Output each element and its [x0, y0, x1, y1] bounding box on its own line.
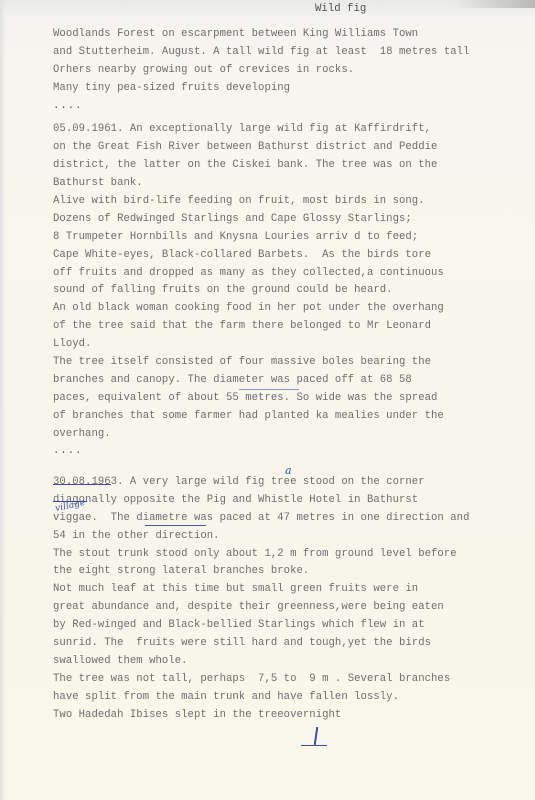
entry-kaffirdrift-1961: 05.09.1961. An exceptionally large wild … [53, 121, 533, 193]
text-line: of the tree said that the farm there bel… [53, 318, 533, 336]
separator: .... [53, 443, 533, 461]
text-line: overhang. [53, 426, 533, 444]
text-line: paces, equivalent of about 55 metres. So… [53, 390, 533, 408]
text-line: The tree was not tall, perhaps 7,5 to 9 … [53, 671, 533, 689]
ink-strike-mark [53, 501, 87, 502]
text-line: the eight strong lateral branches broke. [53, 563, 533, 581]
ink-strike-mark [53, 484, 111, 485]
text-line: viggae. The diametre was paced at 47 met… [53, 510, 533, 528]
document-title: Wild fig [315, 3, 366, 15]
scanned-page: Wild fig Woodlands Forest on escarpment … [0, 0, 535, 800]
entry-kaffirdrift-observations: Alive with bird-life feeding on fruit, m… [53, 193, 533, 461]
text-line: on the Great Fish River between Bathurst… [53, 139, 533, 157]
ink-underline [145, 525, 206, 526]
text-line: Dozens of Redwinged Starlings and Cape G… [53, 211, 533, 229]
text-line: Not much leaf at this time but small gre… [53, 581, 533, 599]
text-line: 54 in the other direction. [53, 528, 533, 546]
text-line: Cape White-eyes, Black-collared Barbets.… [53, 247, 533, 265]
text-line: sunrid. The fruits were still hard and t… [53, 635, 533, 653]
text-line: of branches that some farmer had planted… [53, 408, 533, 426]
ink-underline [239, 389, 299, 390]
text-line: Two Hadedah Ibises slept in the treeover… [53, 707, 533, 725]
entry-woodlands-forest: Woodlands Forest on escarpment between K… [53, 26, 533, 115]
handwritten-a-correction: a [285, 464, 292, 477]
text-line: 8 Trumpeter Hornbills and Knysna Louries… [53, 229, 533, 247]
text-line: The stout trunk stood only about 1,2 m f… [53, 546, 533, 564]
text-line: 30.08.1963. A very large wild fig tree s… [53, 474, 533, 492]
entry-bathurst-1963: 30.08.1963. A very large wild fig tree s… [53, 474, 533, 724]
text-line: Woodlands Forest on escarpment between K… [53, 26, 533, 44]
text-line: have split from the main trunk and have … [53, 689, 533, 707]
text-line: off fruits and dropped as many as they c… [53, 265, 533, 283]
text-line: by Red-winged and Black-bellied Starling… [53, 617, 533, 635]
separator: .... [53, 98, 533, 116]
text-line: branches and canopy. The diameter was pa… [53, 372, 533, 390]
text-line: Many tiny pea-sized fruits developing [53, 80, 533, 98]
text-line: 05.09.1961. An exceptionally large wild … [53, 121, 533, 139]
text-line: district, the latter on the Ciskei bank.… [53, 157, 533, 175]
text-line: diagonally opposite the Pig and Whistle … [53, 492, 533, 510]
text-line: and Stutterheim. August. A tall wild fig… [53, 44, 533, 62]
text-line: Orhers nearby growing out of crevices in… [53, 62, 533, 80]
ink-insert-mark [314, 727, 318, 745]
ink-insert-mark [301, 745, 327, 746]
text-line: Alive with bird-life feeding on fruit, m… [53, 193, 533, 211]
text-line: great abundance and, despite their green… [53, 599, 533, 617]
text-line: sound of falling fruits on the ground co… [53, 282, 533, 300]
text-line: The tree itself consisted of four massiv… [53, 354, 533, 372]
text-line: Bathurst bank. [53, 175, 533, 193]
text-line: swallowed them whole. [53, 653, 533, 671]
text-line: An old black woman cooking food in her p… [53, 300, 533, 318]
text-line: Lloyd. [53, 336, 533, 354]
